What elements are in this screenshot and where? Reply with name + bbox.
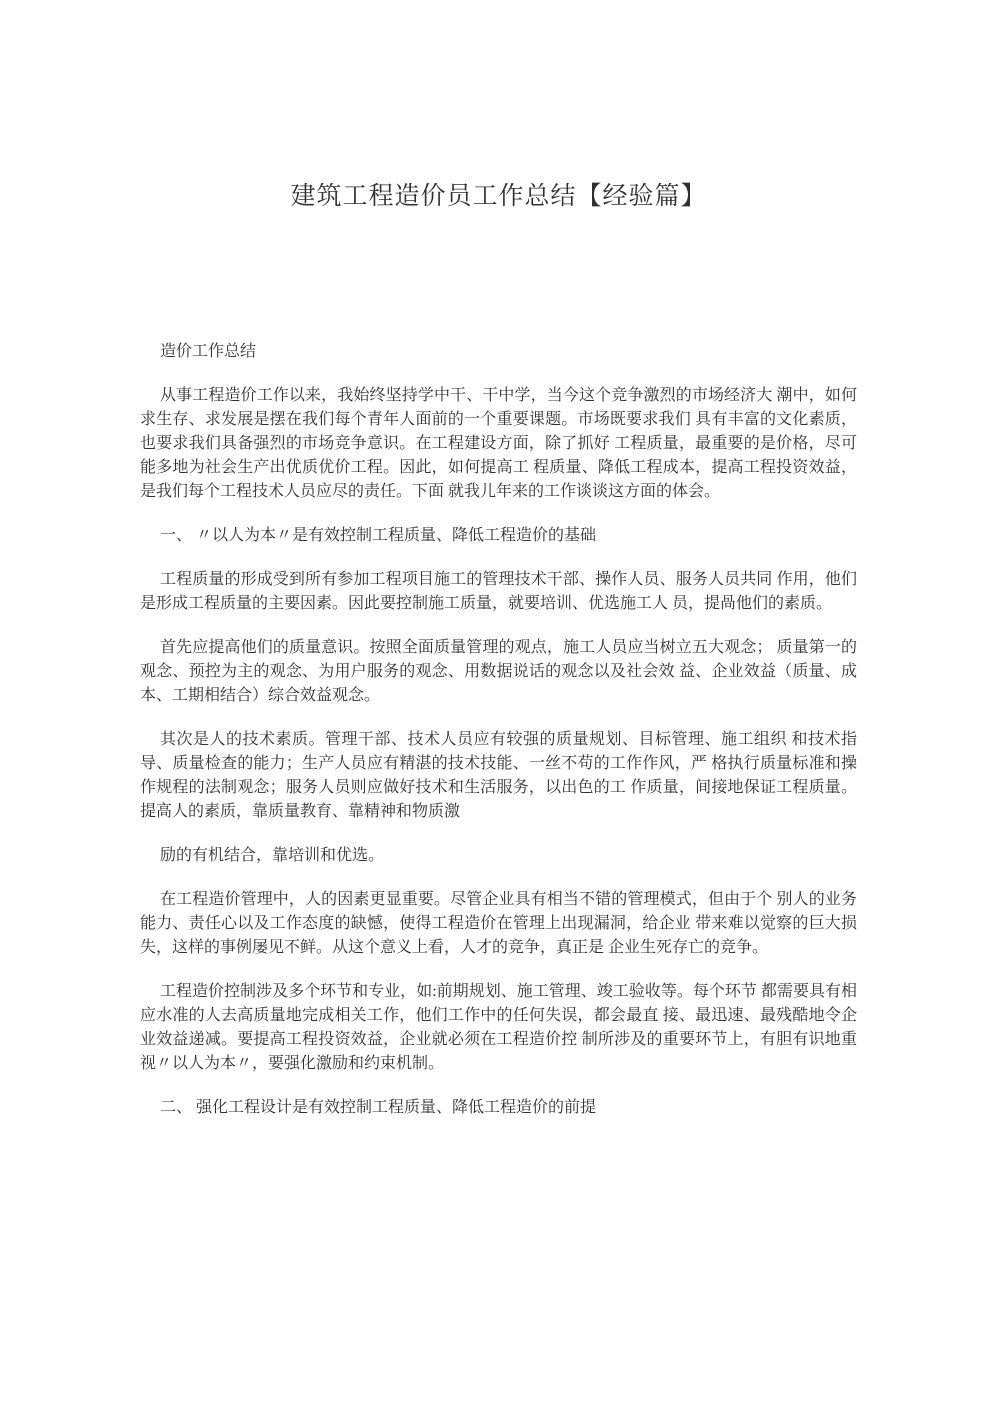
section-heading-2: 二、 强化工程设计是有效控制工程质量、降低工程造价的前提 [140,1096,857,1120]
paragraph-incentive-continuation: 励的有机结合，靠培训和优选。 [140,844,857,868]
paragraph-summary-label: 造价工作总结 [140,340,857,364]
paragraph-technical-quality: 其次是人的技术素质。管理干部、技术人员应有较强的质量规划、目标管理、施工组织 和… [140,728,857,824]
section-heading-1: 一、 〃以人为本〃是有效控制工程质量、降低工程造价的基础 [140,524,857,548]
paragraph-cost-management-people: 在工程造价管理中，人的因素更显重要。尽管企业具有相当不错的管理模式，但由于个 别… [140,888,857,960]
paragraph-cost-control-links: 工程造价控制涉及多个环节和专业，如:前期规划、施工管理、竣工验收等。每个环节 都… [140,980,857,1076]
paragraph-intro: 从事工程造价工作以来，我始终坚持学中干、干中学，当今这个竞争激烈的市场经济大 潮… [140,384,857,504]
document-title: 建筑工程造价员工作总结【经验篇】 [140,182,857,212]
document-page: 建筑工程造价员工作总结【经验篇】 造价工作总结 从事工程造价工作以来，我始终坚持… [0,0,1000,1415]
paragraph-quality-awareness: 首先应提高他们的质量意识。按照全面质量管理的观点，施工人员应当树立五大观念； 质… [140,636,857,708]
paragraph-quality-formation: 工程质量的形成受到所有参加工程项目施工的管理技术干部、操作人员、服务人员共同 作… [140,568,857,616]
